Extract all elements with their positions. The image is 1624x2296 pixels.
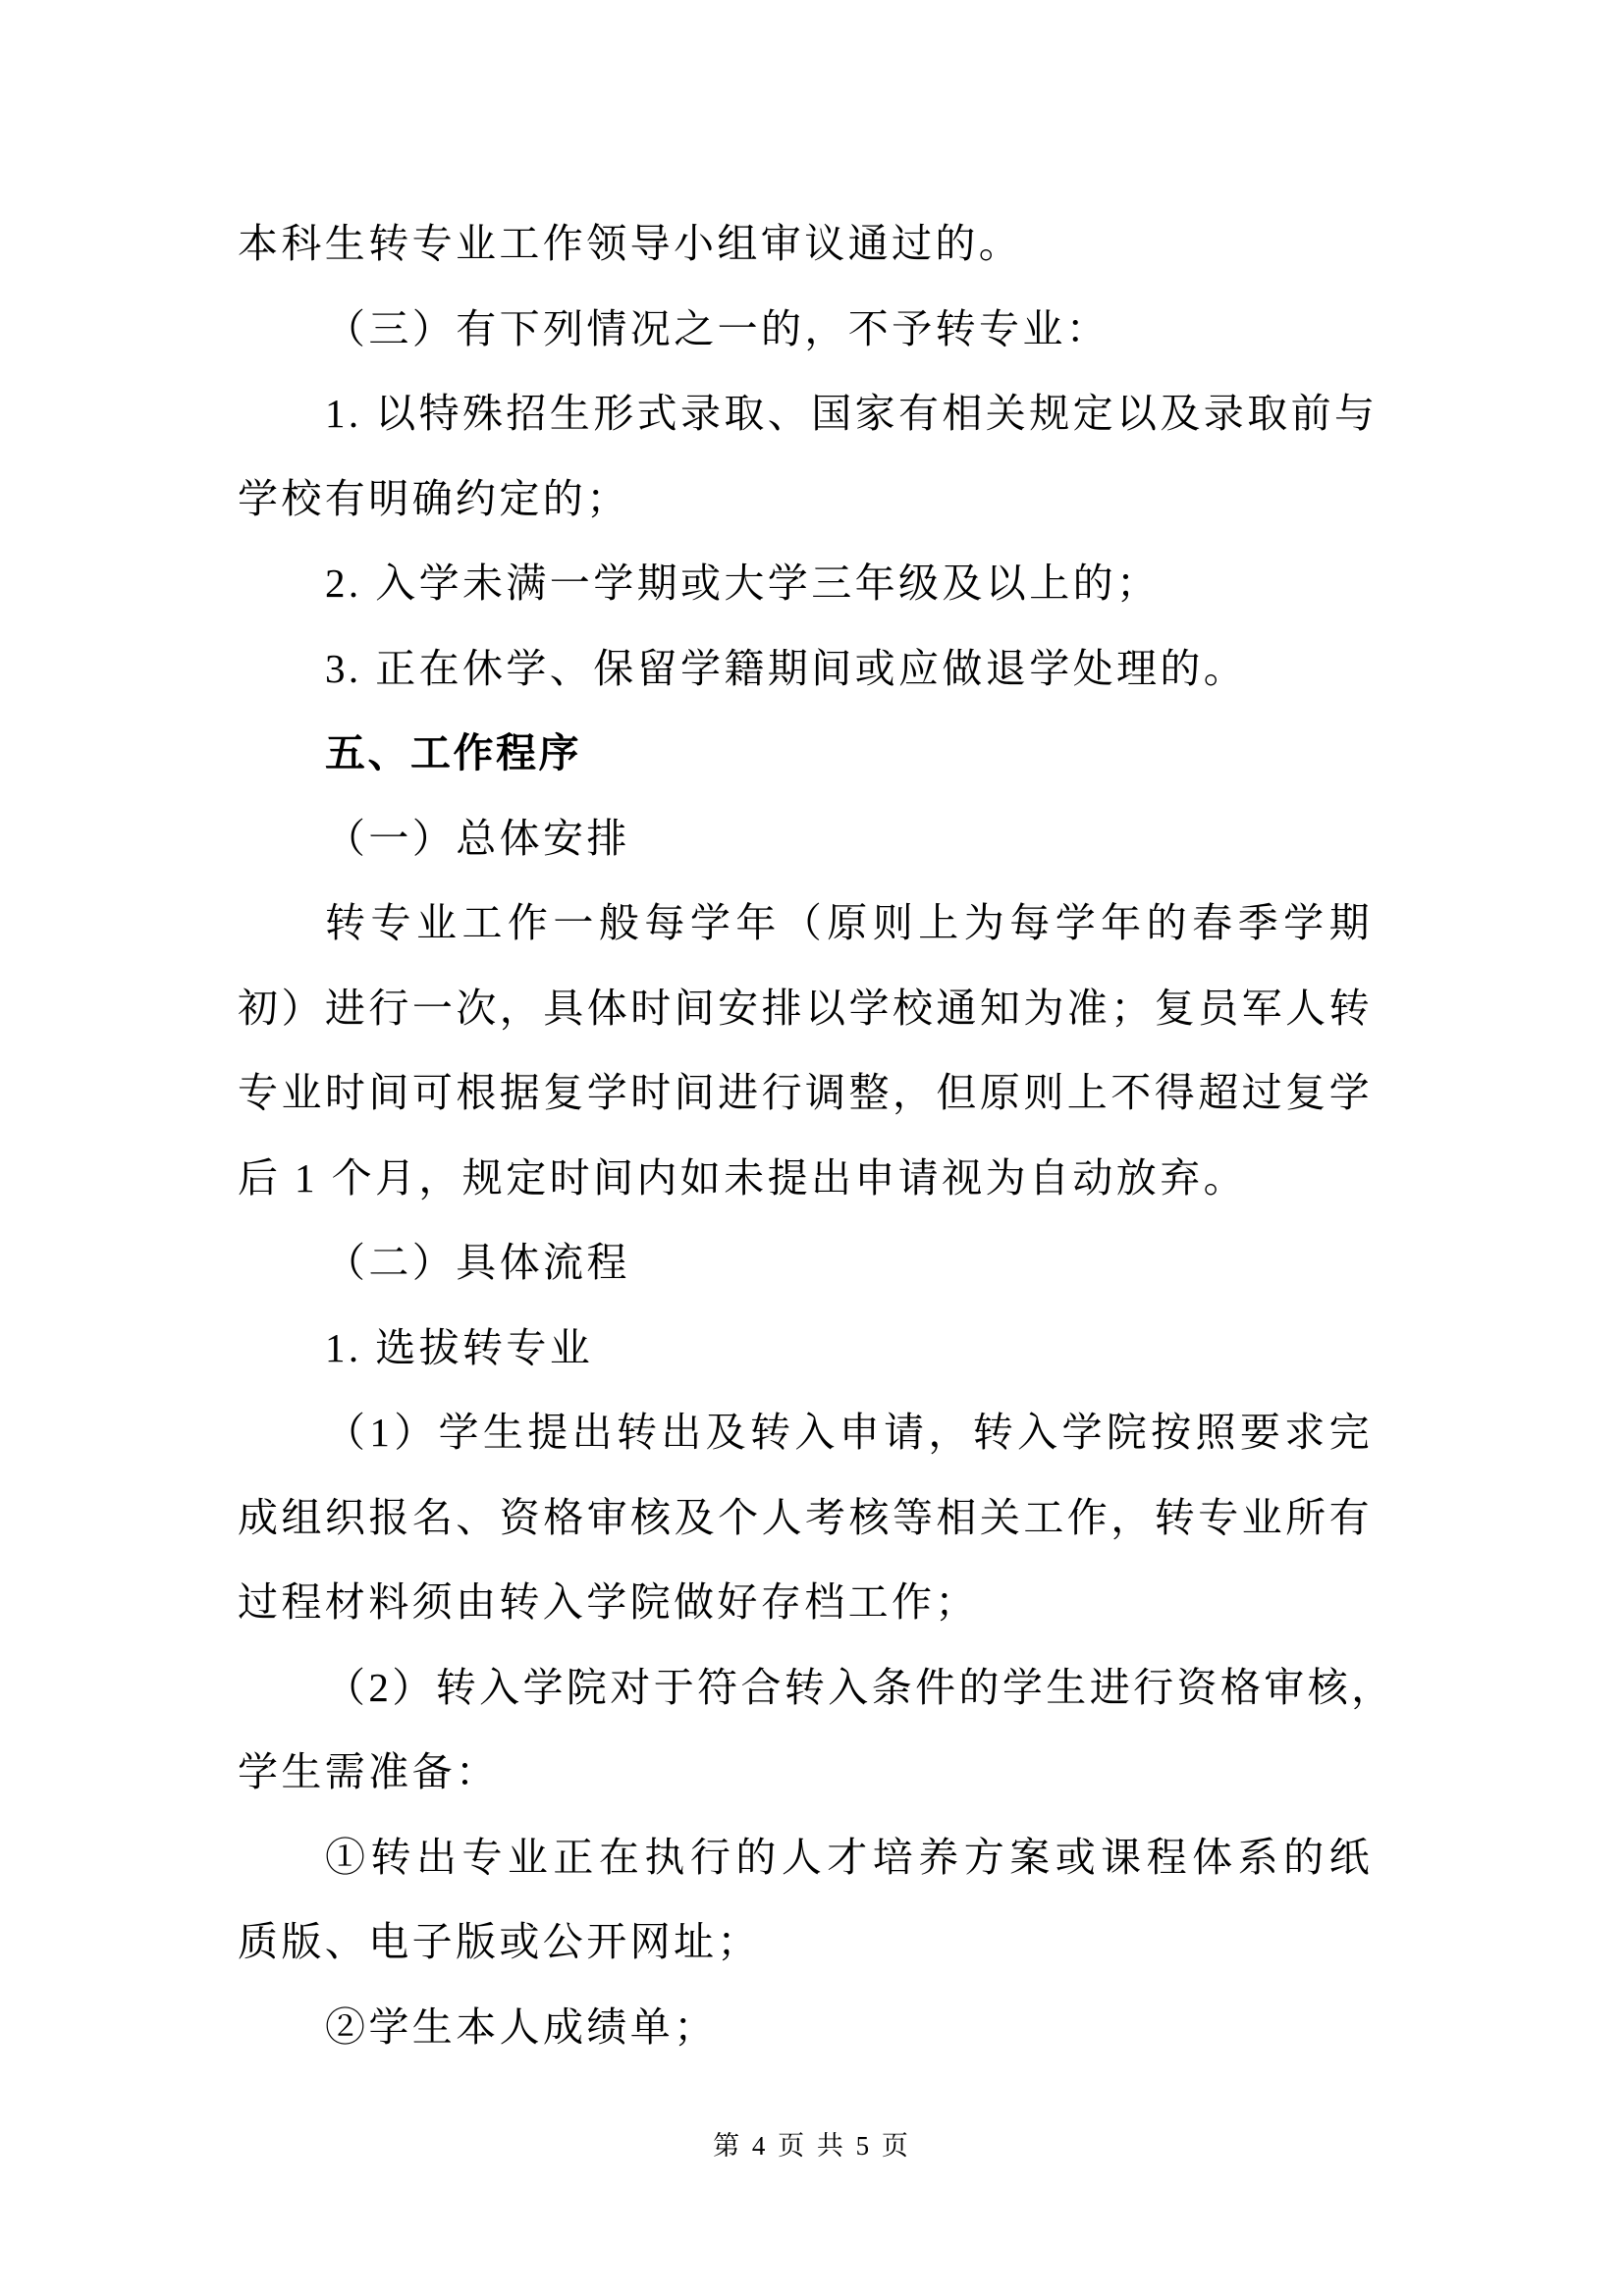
text-line: （三）有下列情况之一的，不予转专业：	[238, 287, 1373, 372]
text-line: 学校有明确约定的；	[238, 456, 1373, 542]
text-line: 1. 以特殊招生形式录取、国家有相关规定以及录取前与	[238, 371, 1373, 456]
text-line: 转专业工作一般每学年（原则上为每学年的春季学期	[238, 881, 1373, 966]
page-footer: 第 4 页 共 5 页	[0, 2128, 1624, 2163]
text-line: 学生需准备：	[238, 1730, 1373, 1815]
text-line: ①转出专业正在执行的人才培养方案或课程体系的纸	[238, 1815, 1373, 1900]
text-line: 初）进行一次，具体时间安排以学校通知为准；复员军人转	[238, 966, 1373, 1051]
text-line: 本科生转专业工作领导小组审议通过的。	[238, 201, 1373, 287]
page-number-text: 第 4 页 共 5 页	[713, 2131, 911, 2161]
text-line: （二）具体流程	[238, 1220, 1373, 1306]
section-heading: 五、工作程序	[238, 711, 1373, 796]
text-line: 成组织报名、资格审核及个人考核等相关工作，转专业所有	[238, 1475, 1373, 1561]
text-line: 3. 正在休学、保留学籍期间或应做退学处理的。	[238, 626, 1373, 712]
text-line: （1）学生提出转出及转入申请，转入学院按照要求完	[238, 1390, 1373, 1475]
text-line: （一）总体安排	[238, 796, 1373, 881]
text-line: 2. 入学未满一学期或大学三年级及以上的；	[238, 541, 1373, 626]
document-body: 本科生转专业工作领导小组审议通过的。（三）有下列情况之一的，不予转专业：1. 以…	[238, 201, 1373, 2069]
text-line: （2）转入学院对于符合转入条件的学生进行资格审核，	[238, 1645, 1373, 1731]
text-line: 专业时间可根据复学时间进行调整，但原则上不得超过复学	[238, 1050, 1373, 1136]
text-line: ②学生本人成绩单；	[238, 1985, 1373, 2070]
text-line: 后 1 个月，规定时间内如未提出申请视为自动放弃。	[238, 1136, 1373, 1221]
text-line: 1. 选拔转专业	[238, 1306, 1373, 1391]
text-line: 过程材料须由转入学院做好存档工作；	[238, 1560, 1373, 1645]
text-line: 质版、电子版或公开网址；	[238, 1899, 1373, 1985]
document-page: 本科生转专业工作领导小组审议通过的。（三）有下列情况之一的，不予转专业：1. 以…	[0, 0, 1624, 2296]
